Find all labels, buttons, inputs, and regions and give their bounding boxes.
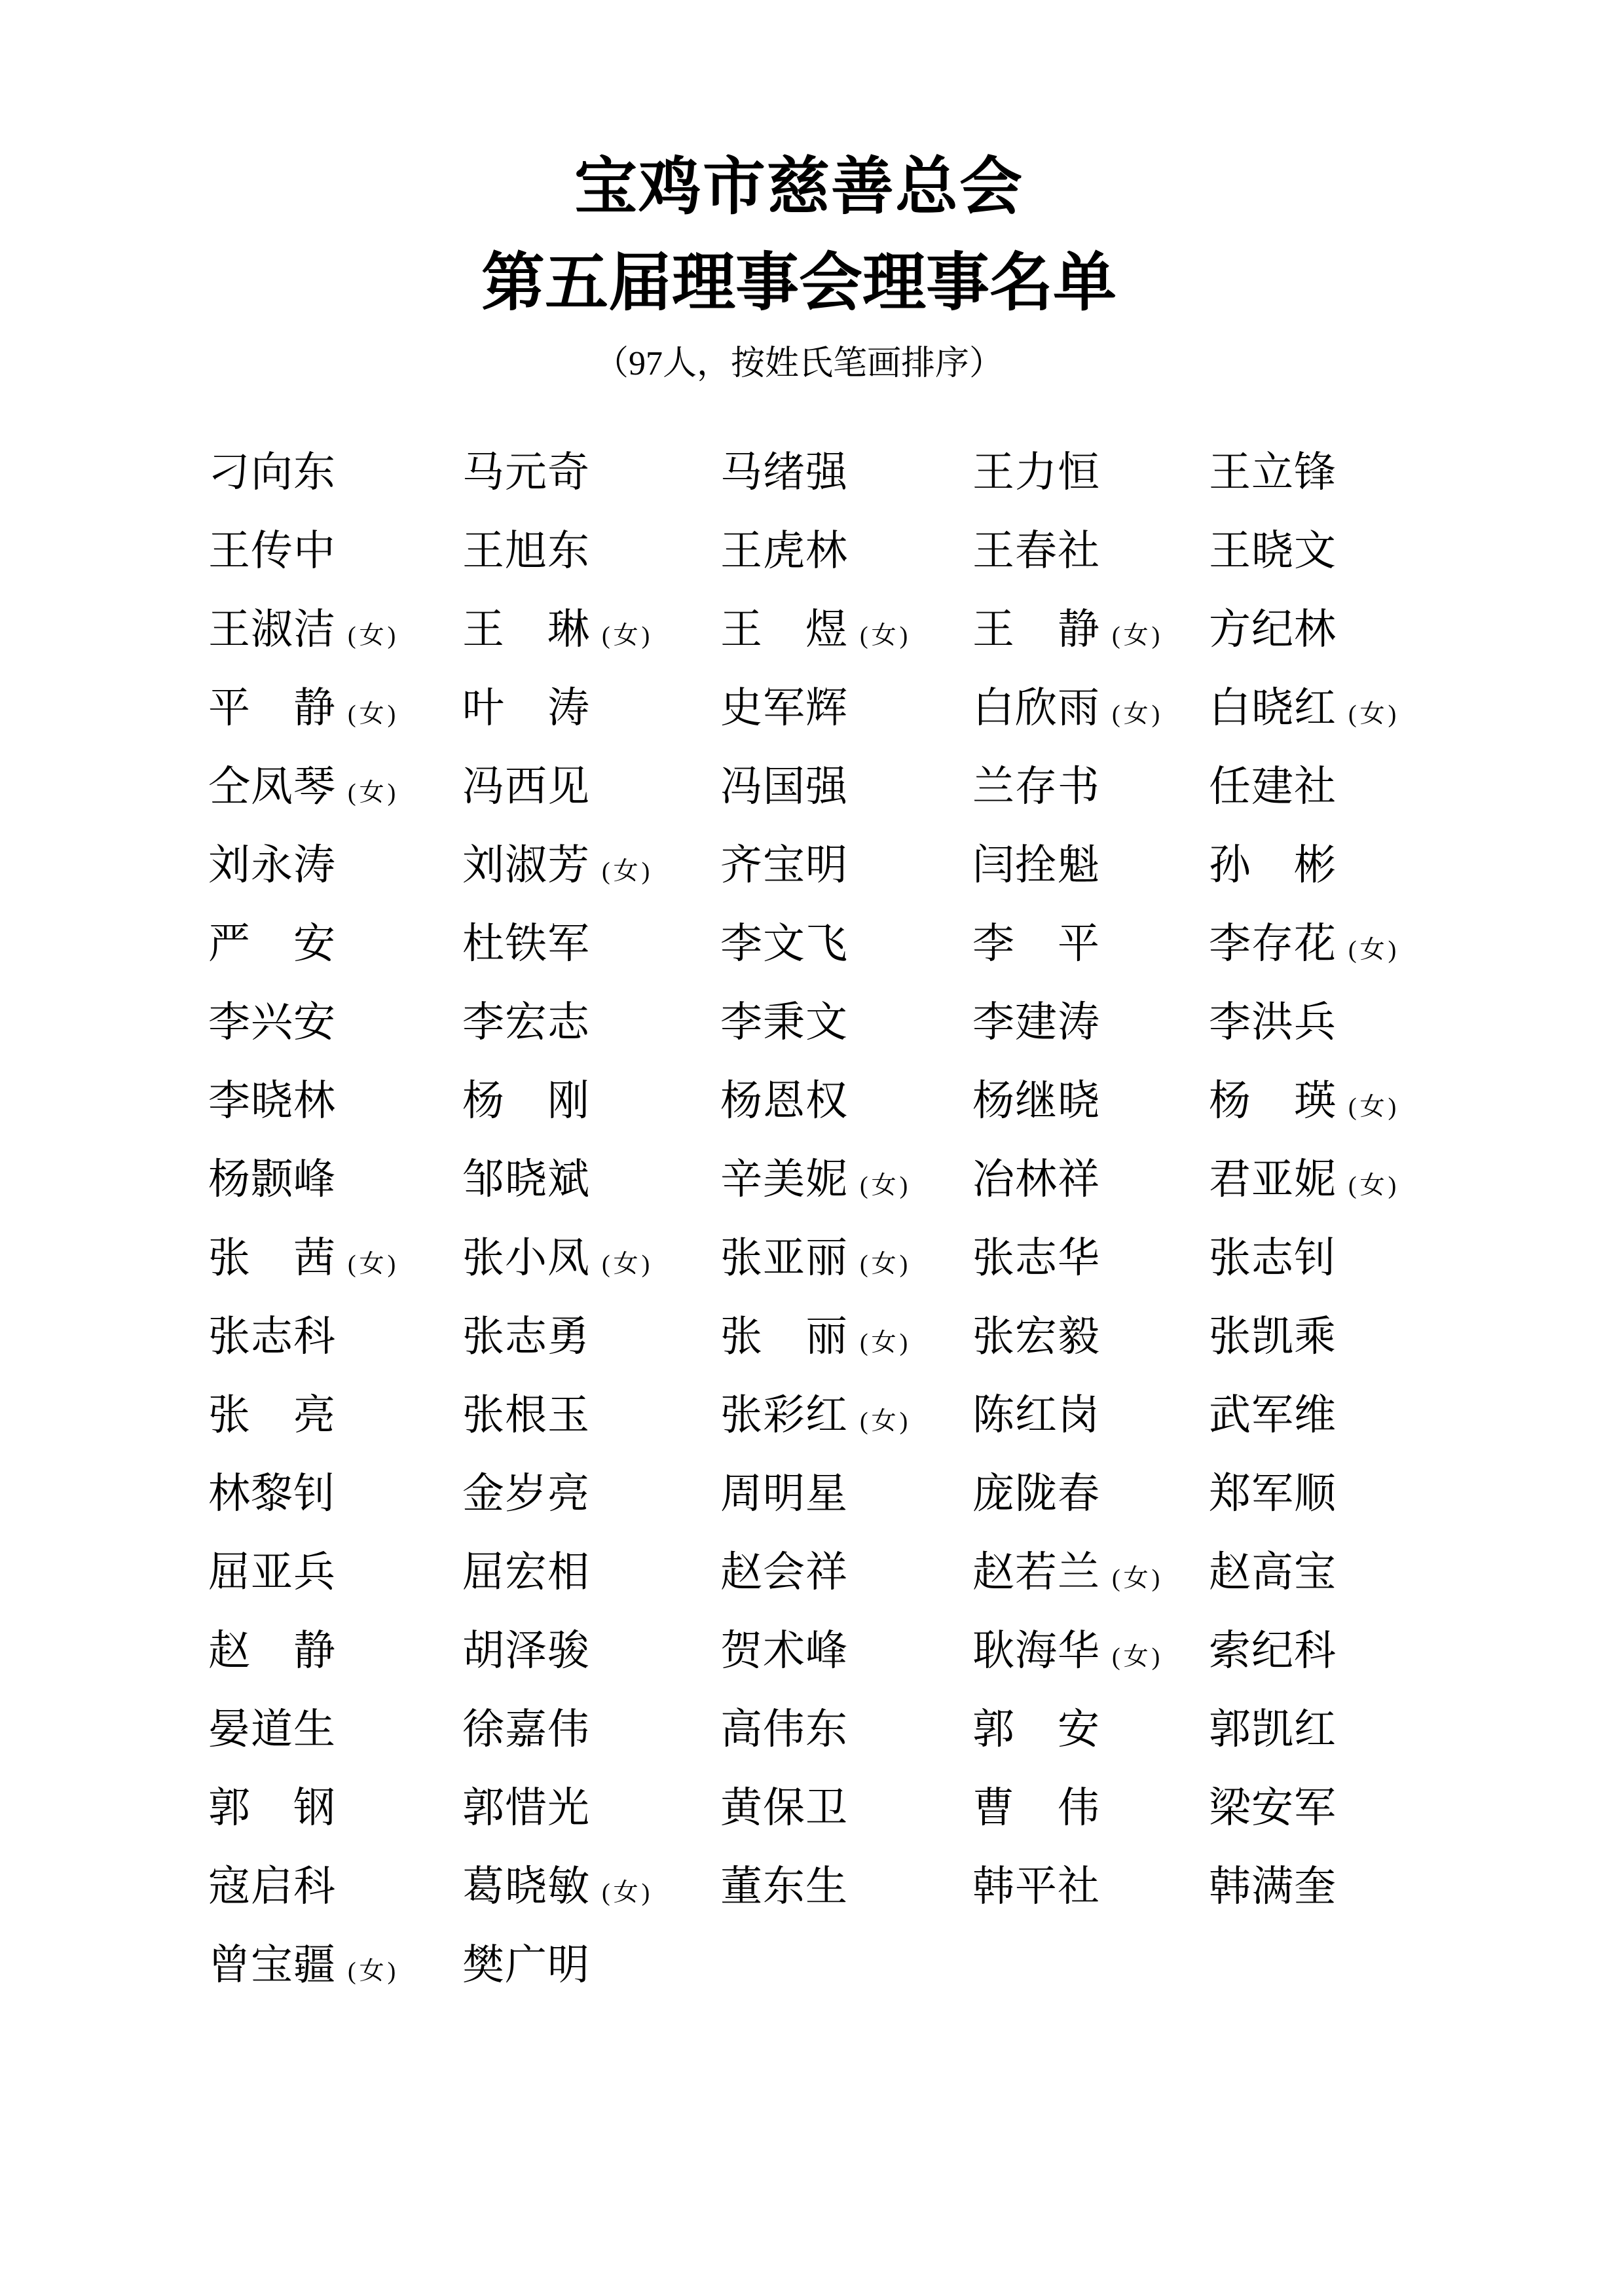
member-name: 郭凯红 xyxy=(1209,1709,1337,1751)
member-name: 冶林祥 xyxy=(972,1159,1100,1201)
member-name-text: 韩满奎 xyxy=(1209,1863,1337,1910)
member-name: 杨继晓 xyxy=(972,1080,1100,1122)
member-name: 赵若兰(女) xyxy=(972,1552,1163,1594)
member-name: 张志华 xyxy=(972,1237,1100,1279)
member-name-text: 赵 静 xyxy=(208,1628,336,1674)
member-name-text: 樊广明 xyxy=(462,1942,590,1988)
female-marker: (女) xyxy=(1348,1093,1399,1121)
member-name-text: 高伟东 xyxy=(720,1706,848,1753)
member-name-text: 君亚妮 xyxy=(1209,1156,1337,1203)
member-name-text: 李 平 xyxy=(972,920,1100,967)
member-name-row: 李晓林杨 刚杨恩权杨继晓杨 瑛(女) xyxy=(0,1080,1624,1159)
member-name-row: 仝凤琴(女)冯西见冯国强兰存书任建社 xyxy=(0,766,1624,845)
member-name-row: 屈亚兵屈宏相赵会祥赵若兰(女)赵高宝 xyxy=(0,1552,1624,1630)
member-name: 黄保卫 xyxy=(720,1787,848,1829)
member-name-text: 李秉文 xyxy=(720,999,848,1046)
member-name-text: 郭 钢 xyxy=(208,1785,336,1831)
member-name-text: 王立锋 xyxy=(1209,449,1337,496)
member-name: 张 茜(女) xyxy=(208,1237,399,1279)
member-name: 杨 瑛(女) xyxy=(1209,1080,1399,1122)
member-name: 樊广明 xyxy=(462,1944,590,1986)
female-marker: (女) xyxy=(1348,936,1399,964)
member-name: 曾宝疆(女) xyxy=(208,1944,399,1986)
member-name: 辛美妮(女) xyxy=(720,1159,911,1201)
member-name-text: 王 静 xyxy=(972,606,1100,653)
member-name: 周明星 xyxy=(720,1473,848,1515)
member-name-text: 李文飞 xyxy=(720,920,848,967)
member-name-text: 马元奇 xyxy=(462,449,590,496)
member-name-text: 张 丽 xyxy=(720,1313,848,1360)
member-name: 高伟东 xyxy=(720,1709,848,1751)
member-name: 李洪兵 xyxy=(1209,1002,1337,1044)
member-name-text: 孙 彬 xyxy=(1209,842,1337,888)
member-name: 张小凤(女) xyxy=(462,1237,653,1279)
member-name-text: 曾宝疆 xyxy=(208,1942,336,1988)
member-name: 韩平社 xyxy=(972,1866,1100,1908)
doc-title-line1: 宝鸡市慈善总会 xyxy=(203,156,1395,219)
member-name-text: 梁安军 xyxy=(1209,1785,1337,1831)
member-name-text: 李宏志 xyxy=(462,999,590,1046)
member-name: 王春社 xyxy=(972,530,1100,572)
member-name: 君亚妮(女) xyxy=(1209,1159,1399,1201)
member-name-row: 张 茜(女)张小凤(女)张亚丽(女)张志华张志钊 xyxy=(0,1237,1624,1316)
female-marker: (女) xyxy=(348,1250,399,1278)
member-name-text: 冶林祥 xyxy=(972,1156,1100,1203)
member-name: 严 安 xyxy=(208,923,336,965)
member-name: 张志科 xyxy=(208,1316,336,1358)
member-name-text: 赵高宝 xyxy=(1209,1549,1337,1595)
female-marker: (女) xyxy=(1112,701,1163,728)
member-name-text: 黄保卫 xyxy=(720,1785,848,1831)
member-name: 白晓红(女) xyxy=(1209,687,1399,729)
member-name-text: 王 煜 xyxy=(720,606,848,653)
female-marker: (女) xyxy=(860,1250,911,1278)
member-name: 杨恩权 xyxy=(720,1080,848,1122)
member-name: 杜铁军 xyxy=(462,923,590,965)
member-name-text: 索纪科 xyxy=(1209,1628,1337,1674)
member-name-text: 张志科 xyxy=(208,1313,336,1360)
female-marker: (女) xyxy=(602,1879,653,1906)
document-page: 宝鸡市慈善总会 第五届理事会理事名单 （97人，按姓氏笔画排序） 刁向东马元奇马… xyxy=(0,0,1624,2296)
member-name-text: 张根玉 xyxy=(462,1392,590,1438)
member-name-text: 董东生 xyxy=(720,1863,848,1910)
member-name-row: 严 安杜铁军李文飞李 平李存花(女) xyxy=(0,923,1624,1002)
member-name-text: 曹 伟 xyxy=(972,1785,1100,1831)
member-name-text: 严 安 xyxy=(208,920,336,967)
member-name: 金岁亮 xyxy=(462,1473,590,1515)
member-name: 郭 安 xyxy=(972,1709,1100,1751)
member-name: 杨 刚 xyxy=(462,1080,590,1122)
member-name-row: 郭 钢郭惜光黄保卫曹 伟梁安军 xyxy=(0,1787,1624,1866)
member-name-text: 王春社 xyxy=(972,528,1100,574)
member-name-text: 王传中 xyxy=(208,528,336,574)
female-marker: (女) xyxy=(860,1329,911,1357)
member-name: 梁安军 xyxy=(1209,1787,1337,1829)
member-name-text: 仝凤琴 xyxy=(208,763,336,810)
member-name-text: 叶 涛 xyxy=(462,685,590,731)
member-name: 陈红岗 xyxy=(972,1394,1100,1436)
female-marker: (女) xyxy=(1348,701,1399,728)
member-name: 李存花(女) xyxy=(1209,923,1399,965)
female-marker: (女) xyxy=(1112,1565,1163,1592)
member-name-text: 郭惜光 xyxy=(462,1785,590,1831)
member-name: 方纪林 xyxy=(1209,609,1337,651)
member-name: 杨颢峰 xyxy=(208,1159,336,1201)
doc-title-line2: 第五届理事会理事名单 xyxy=(203,251,1395,315)
member-name-text: 林黎钊 xyxy=(208,1470,336,1517)
member-name-text: 王虎林 xyxy=(720,528,848,574)
member-name-text: 张宏毅 xyxy=(972,1313,1100,1360)
member-name-text: 李兴安 xyxy=(208,999,336,1046)
member-name: 郭 钢 xyxy=(208,1787,336,1829)
female-marker: (女) xyxy=(1112,1643,1163,1671)
member-name: 王立锋 xyxy=(1209,452,1337,494)
member-name-text: 葛晓敏 xyxy=(462,1863,590,1910)
member-name-text: 郭 安 xyxy=(972,1706,1100,1753)
member-name: 李建涛 xyxy=(972,1002,1100,1044)
member-name-text: 屈亚兵 xyxy=(208,1549,336,1595)
member-name: 马绪强 xyxy=(720,452,848,494)
member-name-text: 李晓林 xyxy=(208,1078,336,1124)
member-name: 张根玉 xyxy=(462,1394,590,1436)
member-name-text: 张志钊 xyxy=(1209,1235,1337,1281)
member-name-text: 张志勇 xyxy=(462,1313,590,1360)
member-name: 耿海华(女) xyxy=(972,1630,1163,1672)
member-name: 平 静(女) xyxy=(208,687,399,729)
member-name: 寇启科 xyxy=(208,1866,336,1908)
member-name-text: 杨恩权 xyxy=(720,1078,848,1124)
member-name: 仝凤琴(女) xyxy=(208,766,399,808)
member-name: 葛晓敏(女) xyxy=(462,1866,653,1908)
member-name: 冯国强 xyxy=(720,766,848,808)
member-name: 齐宝明 xyxy=(720,845,848,886)
member-name: 贺术峰 xyxy=(720,1630,848,1672)
female-marker: (女) xyxy=(602,622,653,649)
member-name: 张 亮 xyxy=(208,1394,336,1436)
member-name: 王晓文 xyxy=(1209,530,1337,572)
member-name: 庞陇春 xyxy=(972,1473,1100,1515)
female-marker: (女) xyxy=(860,622,911,649)
female-marker: (女) xyxy=(602,1250,653,1278)
member-name-text: 刁向东 xyxy=(208,449,336,496)
female-marker: (女) xyxy=(348,622,399,649)
member-name-row: 平 静(女)叶 涛史军辉白欣雨(女)白晓红(女) xyxy=(0,687,1624,766)
member-name: 王传中 xyxy=(208,530,336,572)
member-name: 邹晓斌 xyxy=(462,1159,590,1201)
member-name-row: 寇启科葛晓敏(女)董东生韩平社韩满奎 xyxy=(0,1866,1624,1944)
member-name: 刘永涛 xyxy=(208,845,336,886)
member-name-row: 王淑洁(女)王 琳(女)王 煜(女)王 静(女)方纪林 xyxy=(0,609,1624,687)
member-name-text: 王晓文 xyxy=(1209,528,1337,574)
member-name: 曹 伟 xyxy=(972,1787,1100,1829)
member-name: 屈宏相 xyxy=(462,1552,590,1594)
member-name: 刁向东 xyxy=(208,452,336,494)
member-name-text: 白欣雨 xyxy=(972,685,1100,731)
member-name-text: 闫拴魁 xyxy=(972,842,1100,888)
member-name-text: 赵若兰 xyxy=(972,1549,1100,1595)
member-name-row: 刁向东马元奇马绪强王力恒王立锋 xyxy=(0,452,1624,530)
member-name-text: 杨 刚 xyxy=(462,1078,590,1124)
member-name: 胡泽骏 xyxy=(462,1630,590,1672)
member-name-text: 方纪林 xyxy=(1209,606,1337,653)
member-name: 赵高宝 xyxy=(1209,1552,1337,1594)
member-name-text: 张 茜 xyxy=(208,1235,336,1281)
member-name-text: 陈红岗 xyxy=(972,1392,1100,1438)
member-name-row: 王传中王旭东王虎林王春社王晓文 xyxy=(0,530,1624,609)
member-name: 王 静(女) xyxy=(972,609,1163,651)
member-name-text: 冯国强 xyxy=(720,763,848,810)
member-name-text: 屈宏相 xyxy=(462,1549,590,1595)
member-name-text: 任建社 xyxy=(1209,763,1337,810)
member-name: 屈亚兵 xyxy=(208,1552,336,1594)
member-name-text: 王淑洁 xyxy=(208,606,336,653)
member-name: 马元奇 xyxy=(462,452,590,494)
member-name: 韩满奎 xyxy=(1209,1866,1337,1908)
member-name-text: 李存花 xyxy=(1209,920,1337,967)
member-name: 董东生 xyxy=(720,1866,848,1908)
member-name-text: 齐宝明 xyxy=(720,842,848,888)
member-name-text: 王 琳 xyxy=(462,606,590,653)
member-name-text: 耿海华 xyxy=(972,1628,1100,1674)
member-name-text: 杨颢峰 xyxy=(208,1156,336,1203)
female-marker: (女) xyxy=(348,1958,399,1985)
member-name-text: 赵会祥 xyxy=(720,1549,848,1595)
member-name: 王 琳(女) xyxy=(462,609,653,651)
member-name-text: 兰存书 xyxy=(972,763,1100,810)
member-name: 郑军顺 xyxy=(1209,1473,1337,1515)
member-name-text: 刘淑芳 xyxy=(462,842,590,888)
member-name-row: 张 亮张根玉张彩红(女)陈红岗武军维 xyxy=(0,1394,1624,1473)
member-name-text: 金岁亮 xyxy=(462,1470,590,1517)
member-name-text: 王旭东 xyxy=(462,528,590,574)
female-marker: (女) xyxy=(1112,622,1163,649)
member-name-text: 寇启科 xyxy=(208,1863,336,1910)
member-name: 王力恒 xyxy=(972,452,1100,494)
member-name-row: 刘永涛刘淑芳(女)齐宝明闫拴魁孙 彬 xyxy=(0,845,1624,923)
female-marker: (女) xyxy=(860,1408,911,1435)
member-name-text: 杨 瑛 xyxy=(1209,1078,1337,1124)
member-name-text: 平 静 xyxy=(208,685,336,731)
member-name: 张亚丽(女) xyxy=(720,1237,911,1279)
member-name-text: 徐嘉伟 xyxy=(462,1706,590,1753)
member-name: 晏道生 xyxy=(208,1709,336,1751)
member-name-row: 张志科张志勇张 丽(女)张宏毅张凯乘 xyxy=(0,1316,1624,1394)
member-name: 张志勇 xyxy=(462,1316,590,1358)
female-marker: (女) xyxy=(348,779,399,807)
member-name: 索纪科 xyxy=(1209,1630,1337,1672)
member-name-text: 贺术峰 xyxy=(720,1628,848,1674)
member-name: 林黎钊 xyxy=(208,1473,336,1515)
member-name: 叶 涛 xyxy=(462,687,590,729)
member-name-text: 李洪兵 xyxy=(1209,999,1337,1046)
member-name-text: 白晓红 xyxy=(1209,685,1337,731)
member-name-text: 刘永涛 xyxy=(208,842,336,888)
member-name: 郭惜光 xyxy=(462,1787,590,1829)
member-name-text: 张凯乘 xyxy=(1209,1313,1337,1360)
member-name: 王 煜(女) xyxy=(720,609,911,651)
member-name-text: 杜铁军 xyxy=(462,920,590,967)
member-name: 史军辉 xyxy=(720,687,848,729)
member-name-row: 赵 静胡泽骏贺术峰耿海华(女)索纪科 xyxy=(0,1630,1624,1709)
member-name: 张凯乘 xyxy=(1209,1316,1337,1358)
member-name: 王旭东 xyxy=(462,530,590,572)
female-marker: (女) xyxy=(348,701,399,728)
member-name: 孙 彬 xyxy=(1209,845,1337,886)
member-name: 兰存书 xyxy=(972,766,1100,808)
member-name: 任建社 xyxy=(1209,766,1337,808)
member-name-text: 张彩红 xyxy=(720,1392,848,1438)
member-name-text: 辛美妮 xyxy=(720,1156,848,1203)
member-name-text: 韩平社 xyxy=(972,1863,1100,1910)
member-name-text: 史军辉 xyxy=(720,685,848,731)
member-name-text: 胡泽骏 xyxy=(462,1628,590,1674)
member-name-text: 冯西见 xyxy=(462,763,590,810)
member-name: 赵 静 xyxy=(208,1630,336,1672)
member-name: 张志钊 xyxy=(1209,1237,1337,1279)
member-name-row: 李兴安李宏志李秉文李建涛李洪兵 xyxy=(0,1002,1624,1080)
member-name: 白欣雨(女) xyxy=(972,687,1163,729)
member-name-text: 武军维 xyxy=(1209,1392,1337,1438)
member-name-text: 王力恒 xyxy=(972,449,1100,496)
member-name: 李秉文 xyxy=(720,1002,848,1044)
member-name-text: 张志华 xyxy=(972,1235,1100,1281)
member-name: 李文飞 xyxy=(720,923,848,965)
member-name: 王虎林 xyxy=(720,530,848,572)
member-name: 张宏毅 xyxy=(972,1316,1100,1358)
female-marker: (女) xyxy=(602,858,653,885)
member-name-text: 李建涛 xyxy=(972,999,1100,1046)
member-name-text: 邹晓斌 xyxy=(462,1156,590,1203)
member-name-text: 张小凤 xyxy=(462,1235,590,1281)
member-name: 王淑洁(女) xyxy=(208,609,399,651)
member-name-text: 周明星 xyxy=(720,1470,848,1517)
member-name: 李宏志 xyxy=(462,1002,590,1044)
member-name: 张 丽(女) xyxy=(720,1316,911,1358)
member-name: 徐嘉伟 xyxy=(462,1709,590,1751)
member-name-grid: 刁向东马元奇马绪强王力恒王立锋王传中王旭东王虎林王春社王晓文王淑洁(女)王 琳(… xyxy=(0,452,1624,2023)
member-name-text: 郭凯红 xyxy=(1209,1706,1337,1753)
member-name-row: 曾宝疆(女)樊广明 xyxy=(0,1944,1624,2023)
member-name-text: 张亚丽 xyxy=(720,1235,848,1281)
member-name: 李兴安 xyxy=(208,1002,336,1044)
female-marker: (女) xyxy=(860,1172,911,1199)
member-name-text: 郑军顺 xyxy=(1209,1470,1337,1517)
member-name-row: 晏道生徐嘉伟高伟东郭 安郭凯红 xyxy=(0,1709,1624,1787)
member-name: 张彩红(女) xyxy=(720,1394,911,1436)
member-name: 闫拴魁 xyxy=(972,845,1100,886)
member-name-text: 庞陇春 xyxy=(972,1470,1100,1517)
member-name: 李晓林 xyxy=(208,1080,336,1122)
member-name: 冯西见 xyxy=(462,766,590,808)
member-name-text: 马绪强 xyxy=(720,449,848,496)
member-name: 李 平 xyxy=(972,923,1100,965)
female-marker: (女) xyxy=(1348,1172,1399,1199)
member-name-text: 晏道生 xyxy=(208,1706,336,1753)
member-name: 刘淑芳(女) xyxy=(462,845,653,886)
member-name: 武军维 xyxy=(1209,1394,1337,1436)
member-name-row: 林黎钊金岁亮周明星庞陇春郑军顺 xyxy=(0,1473,1624,1552)
doc-subtitle: （97人，按姓氏笔画排序） xyxy=(203,344,1395,384)
member-name-text: 张 亮 xyxy=(208,1392,336,1438)
member-name-row: 杨颢峰邹晓斌辛美妮(女)冶林祥君亚妮(女) xyxy=(0,1159,1624,1237)
member-name: 赵会祥 xyxy=(720,1552,848,1594)
member-name-text: 杨继晓 xyxy=(972,1078,1100,1124)
